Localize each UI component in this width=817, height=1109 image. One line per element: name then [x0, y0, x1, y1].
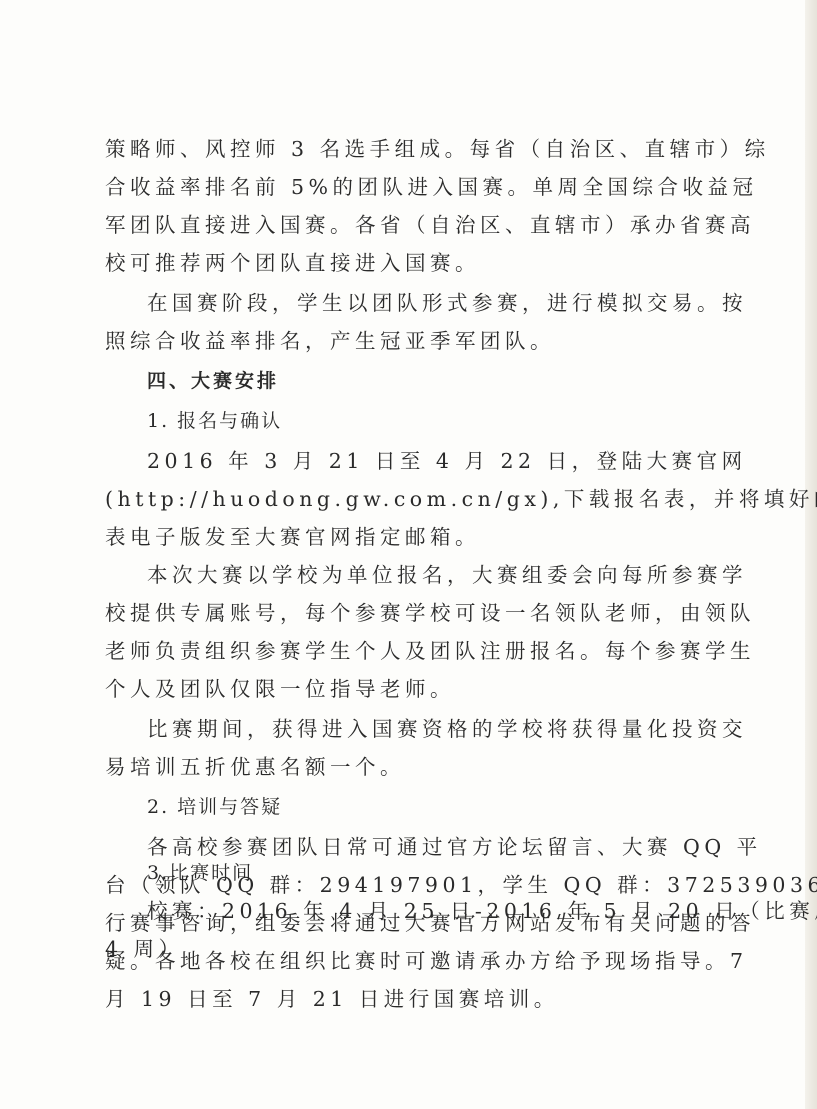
text-line: 照综合收益率排名，产生冠亚季军团队。 [105, 326, 717, 356]
subsection-heading: 2. 培训与答疑 [105, 792, 717, 822]
text-line: 校赛：2016 年 4 月 25 日-2016 年 5 月 20 日（比赛周期 [105, 896, 717, 926]
text-line: 校提供专属账号，每个参赛学校可设一名领队老师，由领队 [105, 598, 717, 628]
text-line: 老师负责组织参赛学生个人及团队注册报名。每个参赛学生 [105, 636, 717, 666]
text-line: 个人及团队仅限一位指导老师。 [105, 674, 717, 704]
section-heading: 四、大赛安排 [105, 366, 717, 396]
text-line: 本次大赛以学校为单位报名，大赛组委会向每所参赛学 [105, 560, 717, 590]
text-line: 4 周） [105, 934, 717, 964]
text-line: 月 19 日至 7 月 21 日进行国赛培训。 [105, 984, 717, 1014]
text-line: 表电子版发至大赛官网指定邮箱。 [105, 522, 717, 552]
text-line: 策略师、风控师 3 名选手组成。每省（自治区、直辖市）综 [105, 134, 717, 164]
text-line: 在国赛阶段，学生以团队形式参赛，进行模拟交易。按 [105, 288, 717, 318]
text-line: 2016 年 3 月 21 日至 4 月 22 日，登陆大赛官网 [105, 446, 717, 476]
page-edge-shadow [805, 0, 817, 1109]
text-line: (http://huodong.gw.com.cn/gx),下载报名表，并将填好… [105, 484, 717, 514]
subsection-heading: 3.比赛时间 [105, 858, 717, 888]
document-page: 策略师、风控师 3 名选手组成。每省（自治区、直辖市）综合收益率排名前 5%的团… [0, 0, 817, 1109]
text-line: 校可推荐两个团队直接进入国赛。 [105, 248, 717, 278]
subsection-heading: 1. 报名与确认 [105, 406, 717, 436]
text-line: 比赛期间，获得进入国赛资格的学校将获得量化投资交 [105, 714, 717, 744]
text-line: 合收益率排名前 5%的团队进入国赛。单周全国综合收益冠 [105, 172, 717, 202]
text-line: 军团队直接进入国赛。各省（自治区、直辖市）承办省赛高 [105, 210, 717, 240]
text-line: 易培训五折优惠名额一个。 [105, 752, 717, 782]
